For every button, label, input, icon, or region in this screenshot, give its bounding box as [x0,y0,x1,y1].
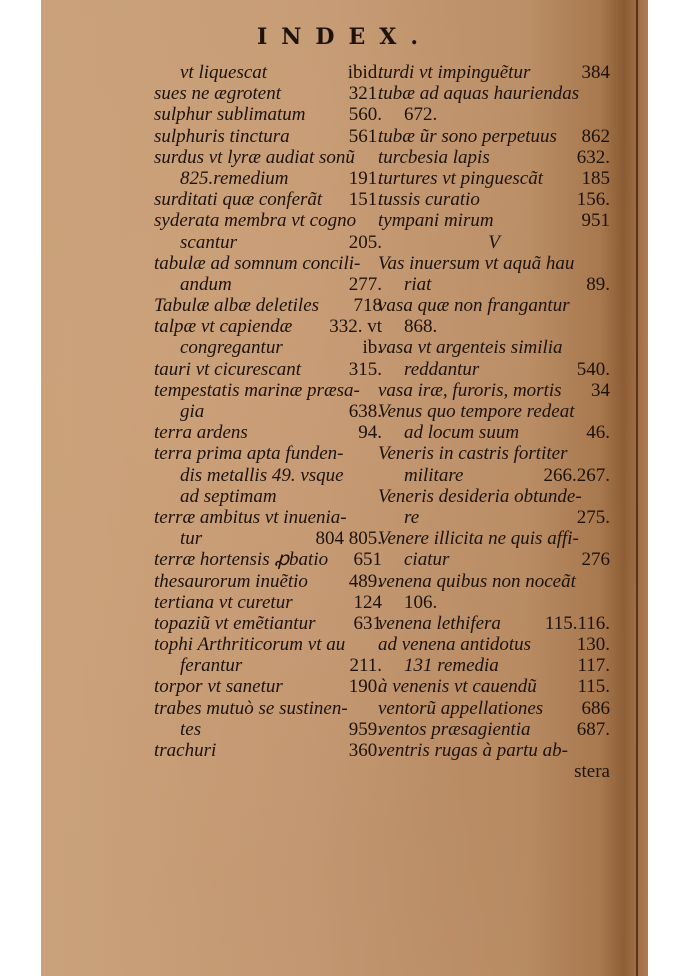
index-entry: torpor vt sanetur190. [154,676,382,697]
entry-term: andum [180,274,232,295]
entry-page-ref: 687. [577,719,610,740]
entry-term: scantur [180,232,237,253]
entry-page-ref: 632. [577,147,610,168]
entry-page-ref: 384 [582,62,611,83]
index-entry: Veneris in castris fortiter [378,443,610,464]
index-entry: ventris rugas à partu ab- [378,740,610,761]
entry-page-ref: 321. [349,83,382,104]
entry-term: ventos præsagientia [378,719,531,740]
index-entry: venena lethifera115.116. [378,613,610,634]
index-entry: ventos præsagientia687. [378,719,610,740]
index-entry: congreganturib. [154,337,382,358]
entry-term: trabes mutuò se sustinen- [154,698,348,719]
index-entry: reddantur540. [378,359,610,380]
entry-page-ref: 190. [349,676,382,697]
index-entry: andum277. [154,274,382,295]
entry-page-ref: 686 [582,698,611,719]
index-entry: tubæ ad aquas hauriendas [378,83,610,104]
entry-term: ferantur [180,655,242,676]
entry-term: venena lethifera [378,613,501,634]
entry-term: sues ne ægrotent [154,83,281,104]
index-entry: terra ardens94. [154,422,382,443]
index-entry: trachuri360. [154,740,382,761]
index-entry: syderata membra vt cogno [154,210,382,231]
entry-term: tertiana vt curetur [154,592,293,613]
entry-term: riat [404,274,431,295]
index-entry: terra prima apta funden- [154,443,382,464]
entry-term: venena quibus non noceãt [378,571,576,592]
index-entry: tempestatis marinæ præsa- [154,380,382,401]
index-entry: surditati quæ conferãt151. [154,189,382,210]
entry-term: dis metallis 49. vsque [180,465,344,486]
entry-term: ciatur [404,549,449,570]
entry-term: turtures vt pinguescãt [378,168,543,189]
index-entry: sulphur sublimatum560. [154,104,382,125]
entry-page-ref: 862 [582,126,611,147]
index-entry: tussis curatio156. [378,189,610,210]
index-entry: vasa iræ, furoris, mortis34 [378,380,610,401]
entry-page-ref: 638. [349,401,382,422]
index-entry: ad septimam [154,486,382,507]
entry-term: terra prima apta funden- [154,443,343,464]
entry-term: tur [180,528,202,549]
entry-page-ref: 332. vt [329,316,382,337]
index-entry: vasa quæ non frangantur [378,295,610,316]
entry-page-ref: 959. [349,719,382,740]
entry-page-ref: 117. [577,655,610,676]
entry-term: tempestatis marinæ præsa- [154,380,360,401]
section-letter: V [378,232,610,253]
index-entry: tubæ ũr sono perpetuus862 [378,126,610,147]
book-page: INDEX. vt liquescatibid.sues ne ægrotent… [41,0,648,976]
entry-page-ref: 34 [591,380,610,401]
index-entry: dis metallis 49. vsque [154,465,382,486]
index-entry: 131 remedia117. [378,655,610,676]
index-entry: militare266.267. [378,465,610,486]
entry-term: ventris rugas à partu ab- [378,740,568,761]
entry-term: vasa vt argenteis similia [378,337,563,358]
entry-term: talpæ vt capiendæ [154,316,292,337]
index-entry: ciatur276 [378,549,610,570]
entry-term: ventorũ appellationes [378,698,543,719]
index-entry: Tabulæ albæ deletiles718 [154,295,382,316]
entry-page-ref: 89. [586,274,610,295]
entry-term: reddantur [404,359,479,380]
index-column-left: vt liquescatibid.sues ne ægrotent321.sul… [154,62,382,761]
entry-page-ref: 561. [349,126,382,147]
index-entry: turdi vt impinguẽtur384 [378,62,610,83]
entry-page-ref: ibid. [348,62,382,83]
entry-term: surdus vt lyræ audiat sonũ [154,147,355,168]
entry-page-ref: 489. [349,571,382,592]
index-entry: 825.remedium191. [154,168,382,189]
index-entry: ad locum suum46. [378,422,610,443]
entry-term: tubæ ũr sono perpetuus [378,126,557,147]
entry-page-ref: 560. [349,104,382,125]
index-entry: tympani mirum951 [378,210,610,231]
index-entry: talpæ vt capiendæ332. vt [154,316,382,337]
entry-page-ref: 185 [582,168,611,189]
entry-page-ref: 804 805. [316,528,383,549]
index-entry: turcbesia lapis632. [378,147,610,168]
entry-page-ref: stera [574,761,610,782]
entry-page-ref: 868. [404,316,437,337]
entry-term: tes [180,719,201,740]
index-entry: surdus vt lyræ audiat sonũ [154,147,382,168]
entry-term: terræ ambitus vt inuenia- [154,507,347,528]
entry-term: Vas inuersum vt aquã hau [378,253,574,274]
entry-term: tabulæ ad somnum concili- [154,253,360,274]
entry-term: tubæ ad aquas hauriendas [378,83,579,104]
entry-page-ref: 951 [582,210,611,231]
entry-term: sulphur sublimatum [154,104,306,125]
index-entry: tertiana vt curetur124 [154,592,382,613]
index-entry: ad venena antidotus130. [378,634,610,655]
entry-page-ref: 315. [349,359,382,380]
entry-term: tussis curatio [378,189,480,210]
index-entry: terræ hortensis ꝓbatio651 [154,549,382,570]
entry-term: Tabulæ albæ deletiles [154,295,319,316]
entry-page-ref: 115.116. [545,613,610,634]
entry-term: tympani mirum [378,210,494,231]
entry-term: syderata membra vt cogno [154,210,356,231]
entry-page-ref: 156. [577,189,610,210]
index-entry: trabes mutuò se sustinen- [154,698,382,719]
entry-page-ref: 540. [577,359,610,380]
entry-page-ref: 106. [404,592,437,613]
entry-page-ref: 360. [349,740,382,761]
index-entry: tabulæ ad somnum concili- [154,253,382,274]
index-entry: tur804 805. [154,528,382,549]
entry-term: trachuri [154,740,216,761]
entry-page-ref: 191. [349,168,382,189]
index-entry: sues ne ægrotent321. [154,83,382,104]
entry-term: militare [404,465,463,486]
entry-term: congregantur [180,337,283,358]
page-header: INDEX. [41,24,648,50]
index-entry: terræ ambitus vt inuenia- [154,507,382,528]
entry-page-ref: 130. [577,634,610,655]
entry-term: à venenis vt cauendũ [378,676,537,697]
entry-term: surditati quæ conferãt [154,189,322,210]
index-entry: sulphuris tinctura561. [154,126,382,147]
entry-term: Veneris desideria obtunde- [378,486,582,507]
entry-page-ref: 277. [349,274,382,295]
index-entry: 672. [378,104,610,125]
entry-page-ref: 275. [577,507,610,528]
index-entry: thesaurorum inuẽtio489. [154,571,382,592]
entry-term: sulphuris tinctura [154,126,290,147]
index-entry: Vas inuersum vt aquã hau [378,253,610,274]
entry-term: ad locum suum [404,422,519,443]
index-entry: tophi Arthriticorum vt au [154,634,382,655]
entry-term: re [404,507,419,528]
index-entry: vasa vt argenteis similia [378,337,610,358]
index-entry: vt liquescatibid. [154,62,382,83]
entry-term: gia [180,401,204,422]
entry-term: ad venena antidotus [378,634,531,655]
entry-term: topaziũ vt emẽtiantur [154,613,315,634]
index-entry: turtures vt pinguescãt185 [378,168,610,189]
entry-term: vasa quæ non frangantur [378,295,570,316]
entry-term: terræ hortensis ꝓbatio [154,549,328,570]
entry-page-ref: 151. [349,189,382,210]
index-entry: Venus quo tempore redeat [378,401,610,422]
entry-page-ref: 266.267. [544,465,611,486]
entry-term: vt liquescat [180,62,267,83]
entry-term: 825.remedium [180,168,289,189]
index-column-right: turdi vt impinguẽtur384tubæ ad aquas hau… [378,62,610,782]
index-entry: 868. [378,316,610,337]
index-entry: riat89. [378,274,610,295]
index-entry: ferantur211. [154,655,382,676]
entry-term: Venere illicita ne quis affi- [378,528,579,549]
index-entry: re275. [378,507,610,528]
entry-term: torpor vt sanetur [154,676,283,697]
entry-term: 131 remedia [404,655,499,676]
index-entry: stera [378,761,610,782]
index-entry: tauri vt cicurescant315. [154,359,382,380]
index-entry: topaziũ vt emẽtiantur631 [154,613,382,634]
entry-term: V [378,232,610,253]
entry-page-ref: 115. [577,676,610,697]
entry-term: turdi vt impinguẽtur [378,62,530,83]
entry-term: Venus quo tempore redeat [378,401,574,422]
entry-page-ref: 276 [582,549,611,570]
index-entry: à venenis vt cauendũ115. [378,676,610,697]
entry-term: tophi Arthriticorum vt au [154,634,345,655]
entry-term: tauri vt cicurescant [154,359,301,380]
index-entry: scantur205. [154,232,382,253]
index-entry: 106. [378,592,610,613]
entry-term: terra ardens [154,422,248,443]
index-entry: tes959. [154,719,382,740]
entry-term: ad septimam [180,486,277,507]
entry-term: Veneris in castris fortiter [378,443,567,464]
entry-page-ref: 672. [404,104,437,125]
entry-page-ref: 46. [586,422,610,443]
entry-term: thesaurorum inuẽtio [154,571,308,592]
index-entry: Venere illicita ne quis affi- [378,528,610,549]
index-entry: Veneris desideria obtunde- [378,486,610,507]
entry-term: turcbesia lapis [378,147,490,168]
index-entry: gia638. [154,401,382,422]
entry-page-ref: 205. [349,232,382,253]
entry-term: vasa iræ, furoris, mortis [378,380,562,401]
index-entry: venena quibus non noceãt [378,571,610,592]
index-entry: ventorũ appellationes686 [378,698,610,719]
